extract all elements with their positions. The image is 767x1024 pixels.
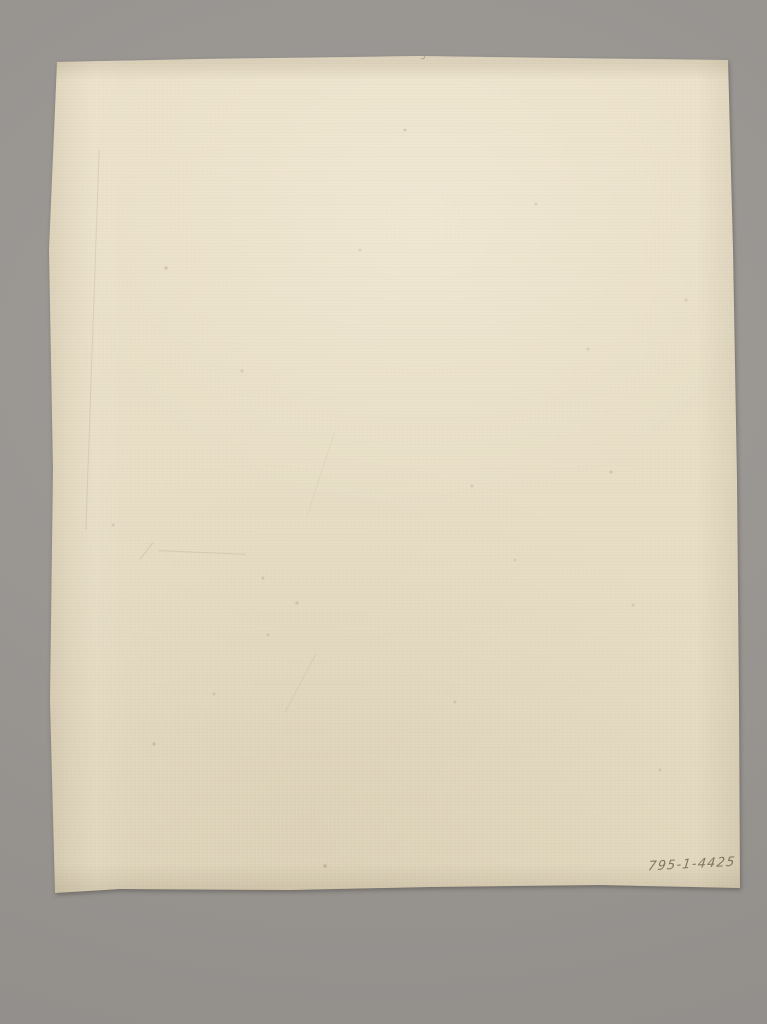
crease-upper xyxy=(306,432,335,518)
pencil-top-mark: 3 xyxy=(420,52,426,62)
paper-sheet: 3 795-1-4425 xyxy=(0,0,767,1024)
crease-lower xyxy=(285,654,317,713)
inscription-accession-number: 795-1-4425 xyxy=(647,855,736,875)
photo-backdrop: 3 795-1-4425 xyxy=(0,0,767,1024)
paper-shadow: 3 795-1-4425 xyxy=(0,0,767,1024)
crease-left xyxy=(85,150,99,530)
crease-fold-edge xyxy=(139,542,153,560)
crease-fold xyxy=(158,550,246,555)
